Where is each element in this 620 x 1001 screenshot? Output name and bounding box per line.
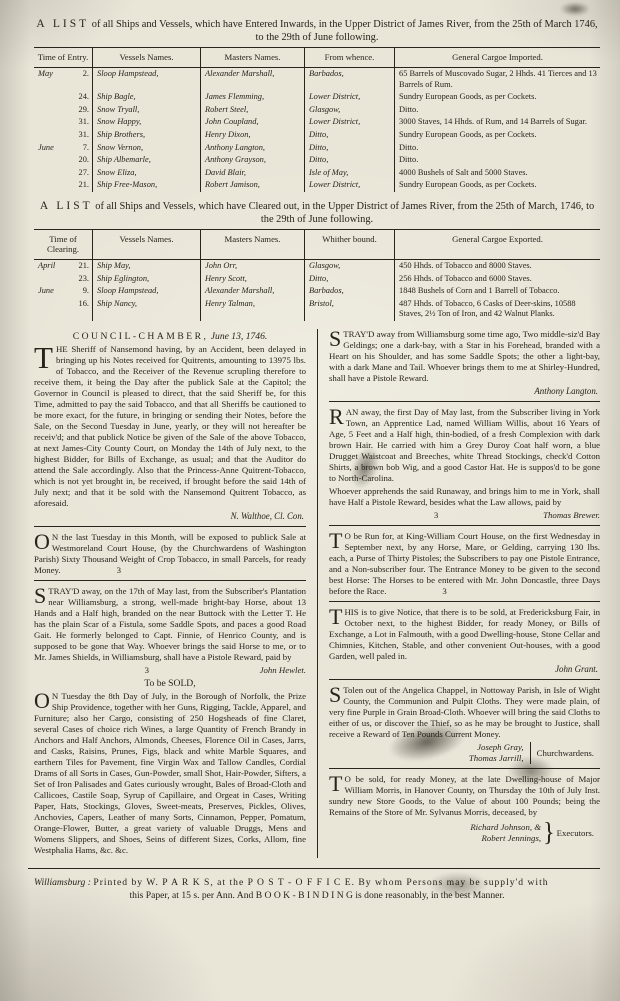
column-header: General Cargoe Imported. — [394, 48, 600, 68]
table-cell-time: 31. — [34, 116, 92, 129]
table-cell-cargo: 65 Barrels of Muscovado Sugar, 2 Hhds. 4… — [394, 68, 600, 91]
drop-cap: O — [34, 532, 52, 550]
insertion-mark: 3 — [117, 565, 121, 576]
strayed-geldings-notice: STRAY'D away from Williamsburg some time… — [329, 329, 600, 384]
column-header: Time of Clearing. — [34, 230, 92, 260]
list-inwards-title: A LIST of all Ships and Vessels, which h… — [34, 18, 600, 44]
table-cell-vessel: Ship Bagle, — [92, 91, 200, 104]
column-header: Masters Names. — [200, 48, 304, 68]
table-cell-master: Anthony Langton, — [200, 142, 304, 155]
table-cell-vessel: Snow Vernon, — [92, 142, 200, 155]
insertion-mark: 3 — [442, 586, 446, 597]
imprint-line-1: Williamsburg : Printed by W. P A R K S, … — [34, 876, 600, 889]
signature-divider — [530, 742, 531, 764]
table-cell-place: Glasgow, — [304, 260, 394, 273]
to-be-sold-heading: To be SOLD, — [34, 678, 306, 690]
section-divider — [329, 401, 600, 402]
drop-cap: S — [329, 685, 343, 703]
section-divider — [329, 525, 600, 526]
falmouth-lot-notice: THIS is to give Notice, that there is to… — [329, 607, 600, 662]
section-divider — [329, 768, 600, 769]
table-cell-master: David Blair, — [200, 167, 304, 180]
horse-race-notice: TO be Run for, at King-William Court Hou… — [329, 531, 600, 597]
providence-sale-notice: ON Tuesday the 8th Day of July, in the B… — [34, 691, 306, 856]
table-cell-cargo: Sundry European Goods, as per Cockets. — [394, 91, 600, 104]
table-cell-cargo: 256 Hhds. of Tobacco and 6000 Staves. — [394, 273, 600, 286]
table-cell-vessel: Snow Eliza, — [92, 167, 200, 180]
column-header: General Cargoe Exported. — [394, 230, 600, 260]
table-cell-time: 16. — [34, 298, 92, 321]
table-cell-cargo: Sundry European Goods, as per Cockets. — [394, 129, 600, 142]
signature: Anthony Langton. — [329, 386, 598, 397]
imprint-footer: Williamsburg : Printed by W. P A R K S, … — [34, 868, 600, 902]
table-cell-place: Bristol, — [304, 298, 394, 321]
table-cell-place: Ditto, — [304, 129, 394, 142]
table-cell-cargo: Ditto. — [394, 142, 600, 155]
table-cell-place: Barbados, — [304, 285, 394, 298]
imprint-text: Printed by W. P A R K S, at the P O S T … — [93, 877, 548, 888]
section-divider — [329, 679, 600, 680]
table-cell-vessel: Sloop Hampstead, — [92, 285, 200, 298]
column-header: Whither bound. — [304, 230, 394, 260]
table-cell-place: Lower District, — [304, 116, 394, 129]
table-cell-vessel: Sloop Hampstead, — [92, 68, 200, 91]
two-column-section: COUNCIL-CHAMBER, June 13, 1746. THE Sher… — [34, 329, 600, 858]
table-cell-cargo: 1848 Bushels of Corn and 1 Barrell of To… — [394, 285, 600, 298]
list-title-lead: A LIST — [40, 200, 93, 212]
table-cell-master: Robert Jamison, — [200, 179, 304, 192]
table-cell-place: Barbados, — [304, 68, 394, 91]
drop-cap: T — [329, 531, 344, 549]
list-title-rest: of all Ships and Vessels, which have Ent… — [92, 19, 598, 43]
table-cell-cargo: Ditto. — [394, 104, 600, 117]
table-cell-master: Robert Steel, — [200, 104, 304, 117]
section-divider — [329, 601, 600, 602]
table-cell-cargo: 3000 Staves, 14 Hhds. of Rum, and 14 Bar… — [394, 116, 600, 129]
table-cell-master: Henry Scott, — [200, 273, 304, 286]
table-cell-place: Ditto, — [304, 142, 394, 155]
ships-entered-table: Time of Entry. Vessels Names. Masters Na… — [34, 47, 600, 192]
table-cell-place: Ditto, — [304, 154, 394, 167]
table-cell-place: Ditto, — [304, 273, 394, 286]
insertion-mark: 3 — [329, 510, 543, 521]
signature-line: 3 Thomas Brewer. — [329, 510, 600, 521]
signature: John Hewlet. — [260, 665, 306, 676]
table-cell-time: 20. — [34, 154, 92, 167]
ink-blot — [560, 2, 590, 16]
table-cell-master: Alexander Marshall, — [200, 285, 304, 298]
newspaper-page: A LIST of all Ships and Vessels, which h… — [0, 0, 620, 1001]
runaway-reward-paragraph: Whoever apprehends the said Runaway, and… — [329, 486, 600, 508]
table-cell-master: John Coupland, — [200, 116, 304, 129]
council-chamber-notice: THE Sheriff of Nansemond having, by an A… — [34, 344, 306, 509]
tobacco-sale-notice: ON the last Tuesday in this Month, will … — [34, 532, 306, 576]
signature: Thomas Brewer. — [543, 510, 600, 521]
list-cleared-title: A LIST of all Ships and Vessels, which h… — [34, 200, 600, 226]
table-cell-time: 27. — [34, 167, 92, 180]
table-cell-master: Alexander Marshall, — [200, 68, 304, 91]
table-cell-time: 24. — [34, 91, 92, 104]
signature: N. Walthoe, Cl. Con. — [34, 511, 304, 522]
imprint-place: Williamsburg : — [34, 877, 91, 888]
table-cell-time: 31. — [34, 129, 92, 142]
table-cell-place: Isle of May, — [304, 167, 394, 180]
strayed-horse-notice: STRAY'D away, on the 17th of May last, f… — [34, 586, 306, 663]
table-cell-vessel: Snow Happy, — [92, 116, 200, 129]
table-cell-cargo: 487 Hhds. of Tobacco, 6 Casks of Deer-sk… — [394, 298, 600, 321]
table-cell-vessel: Ship Eglington, — [92, 273, 200, 286]
drop-cap: S — [329, 329, 343, 347]
table-cell-cargo: Ditto. — [394, 154, 600, 167]
council-chamber-heading: COUNCIL-CHAMBER, June 13, 1746. — [34, 331, 306, 343]
table-cell-place: Lower District, — [304, 179, 394, 192]
list-title-rest: of all Ships and Vessels, which have Cle… — [95, 201, 594, 225]
table-cell-master: Anthony Grayson, — [200, 154, 304, 167]
list-title-lead: A LIST — [36, 18, 89, 30]
table-cell-cargo: Sundry European Goods, as per Cockets. — [394, 179, 600, 192]
morris-store-sale-notice: TO be sold, for ready Money, at the late… — [329, 774, 600, 818]
table-cell-vessel: Snow Tryall, — [92, 104, 200, 117]
table-cell-cargo: 4000 Bushels of Salt and 5000 Staves. — [394, 167, 600, 180]
executors-signatures: Richard Johnson, & Robert Jennings, } Ex… — [329, 820, 594, 847]
column-header: From whence. — [304, 48, 394, 68]
column-header: Time of Entry. — [34, 48, 92, 68]
right-column: STRAY'D away from Williamsburg some time… — [317, 329, 600, 858]
column-header: Vessels Names. — [92, 230, 200, 260]
drop-cap: R — [329, 407, 346, 425]
drop-cap: T — [329, 774, 344, 792]
table-cell-time: 23. — [34, 273, 92, 286]
signature-brace: } — [543, 819, 555, 849]
table-cell-time: April21. — [34, 260, 92, 273]
table-cell-vessel: Ship Free-Mason, — [92, 179, 200, 192]
imprint-line-2: this Paper, at 15 s. per Ann. And B O O … — [34, 889, 600, 902]
table-cell-time: June9. — [34, 285, 92, 298]
table-cell-master: John Orr, — [200, 260, 304, 273]
signature: John Grant. — [329, 664, 598, 675]
drop-cap: T — [329, 607, 344, 625]
table-cell-cargo: 450 Hhds. of Tobacco and 8000 Staves. — [394, 260, 600, 273]
signature: Richard Johnson, & — [470, 822, 541, 833]
column-header: Vessels Names. — [92, 48, 200, 68]
table-cell-vessel: Ship Brothers, — [92, 129, 200, 142]
footer-rule — [28, 868, 600, 869]
table-cell-vessel: Ship Albemarle, — [92, 154, 200, 167]
insertion-mark: 3 — [34, 665, 260, 676]
stolen-cloths-notice: STolen out of the Angelica Chappel, in N… — [329, 685, 600, 740]
signature: Joseph Gray, — [469, 742, 524, 753]
drop-cap: T — [34, 344, 56, 370]
runaway-apprentice-notice: RAN away, the first Day of May last, fro… — [329, 407, 600, 484]
left-column: COUNCIL-CHAMBER, June 13, 1746. THE Sher… — [34, 329, 306, 858]
ships-cleared-table: Time of Clearing. Vessels Names. Masters… — [34, 229, 600, 321]
signature-role: Churchwardens. — [537, 748, 594, 758]
signature-role: Executors. — [557, 828, 594, 838]
table-cell-time: June7. — [34, 142, 92, 155]
drop-cap: O — [34, 691, 52, 709]
table-cell-vessel: Ship Nancy, — [92, 298, 200, 321]
table-cell-time: May2. — [34, 68, 92, 91]
signature-names: Joseph Gray, Thomas Jarrill, — [469, 742, 524, 764]
table-cell-vessel: Ship May, — [92, 260, 200, 273]
table-cell-master: James Flemming, — [200, 91, 304, 104]
table-cell-master: Henry Talman, — [200, 298, 304, 321]
drop-cap: S — [34, 586, 48, 604]
signature: Thomas Jarrill, — [469, 753, 524, 764]
churchwardens-signatures: Joseph Gray, Thomas Jarrill, Churchwarde… — [329, 742, 594, 764]
table-cell-time: 21. — [34, 179, 92, 192]
section-divider — [34, 580, 306, 581]
section-divider — [34, 526, 306, 527]
signature: Robert Jennings, — [470, 833, 541, 844]
table-cell-master: Henry Dixon, — [200, 129, 304, 142]
column-header: Masters Names. — [200, 230, 304, 260]
signature-names: Richard Johnson, & Robert Jennings, — [470, 822, 541, 844]
table-cell-time: 29. — [34, 104, 92, 117]
table-cell-place: Glasgow, — [304, 104, 394, 117]
table-cell-place: Lower District, — [304, 91, 394, 104]
signature-line: 3 John Hewlet. — [34, 665, 306, 676]
